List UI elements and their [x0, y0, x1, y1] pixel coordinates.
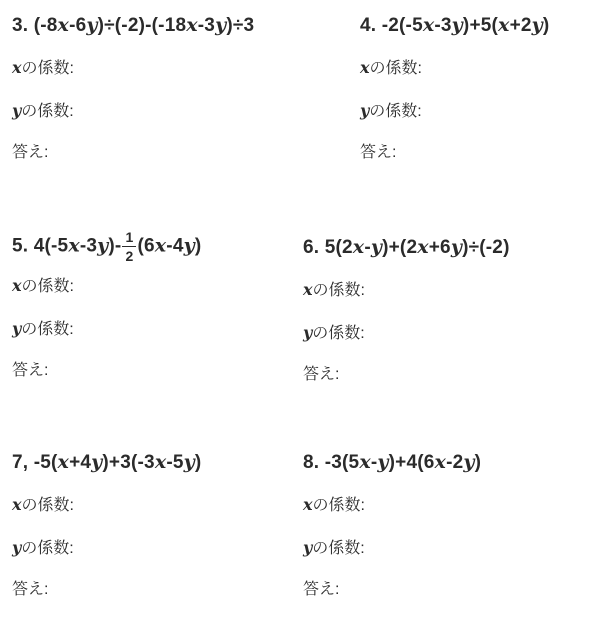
problem-3-expression: 3. (-8x-6y)÷(-2)-(-18x-3y)÷3	[12, 12, 302, 38]
y-coefficient-label: yの係数:	[360, 100, 590, 122]
x-coefficient-label: xの係数:	[12, 57, 302, 79]
problem-3-block: 3. (-8x-6y)÷(-2)-(-18x-3y)÷3 xの係数: yの係数:…	[12, 12, 302, 164]
problem-4-expression: 4. -2(-5x-3y)+5(x+2y)	[360, 12, 590, 38]
answer-label: 答え:	[303, 364, 590, 386]
fraction: 12	[122, 230, 136, 263]
y-coefficient-label: yの係数:	[12, 537, 302, 559]
worksheet-page: 3. (-8x-6y)÷(-2)-(-18x-3y)÷3 xの係数: yの係数:…	[0, 0, 590, 620]
problem-5-expression: 5. 4(-5x-3y)-12(6x-4y)	[12, 230, 302, 256]
problem-8-block: 8. -3(5x-y)+4(6x-2y) xの係数: yの係数: 答え:	[303, 449, 590, 601]
x-coefficient-label: xの係数:	[303, 494, 590, 516]
x-coefficient-label: xの係数:	[12, 494, 302, 516]
x-coefficient-label: xの係数:	[360, 57, 590, 79]
answer-label: 答え:	[12, 360, 302, 382]
answer-label: 答え:	[303, 579, 590, 601]
problem-4-block: 4. -2(-5x-3y)+5(x+2y) xの係数: yの係数: 答え:	[360, 12, 590, 164]
problem-6-expression: 6. 5(2x-y)+(2x+6y)÷(-2)	[303, 234, 590, 260]
x-coefficient-label: xの係数:	[12, 275, 302, 297]
answer-label: 答え:	[360, 142, 590, 164]
answer-label: 答え:	[12, 579, 302, 601]
y-coefficient-label: yの係数:	[303, 537, 590, 559]
problem-7-expression: 7, -5(x+4y)+3(-3x-5y)	[12, 449, 302, 475]
y-coefficient-label: yの係数:	[12, 100, 302, 122]
problem-8-expression: 8. -3(5x-y)+4(6x-2y)	[303, 449, 590, 475]
problem-6-block: 6. 5(2x-y)+(2x+6y)÷(-2) xの係数: yの係数: 答え:	[303, 234, 590, 386]
x-coefficient-label: xの係数:	[303, 279, 590, 301]
answer-label: 答え:	[12, 142, 302, 164]
problem-5-block: 5. 4(-5x-3y)-12(6x-4y) xの係数: yの係数: 答え:	[12, 230, 302, 382]
y-coefficient-label: yの係数:	[303, 322, 590, 344]
problem-7-block: 7, -5(x+4y)+3(-3x-5y) xの係数: yの係数: 答え:	[12, 449, 302, 601]
y-coefficient-label: yの係数:	[12, 318, 302, 340]
